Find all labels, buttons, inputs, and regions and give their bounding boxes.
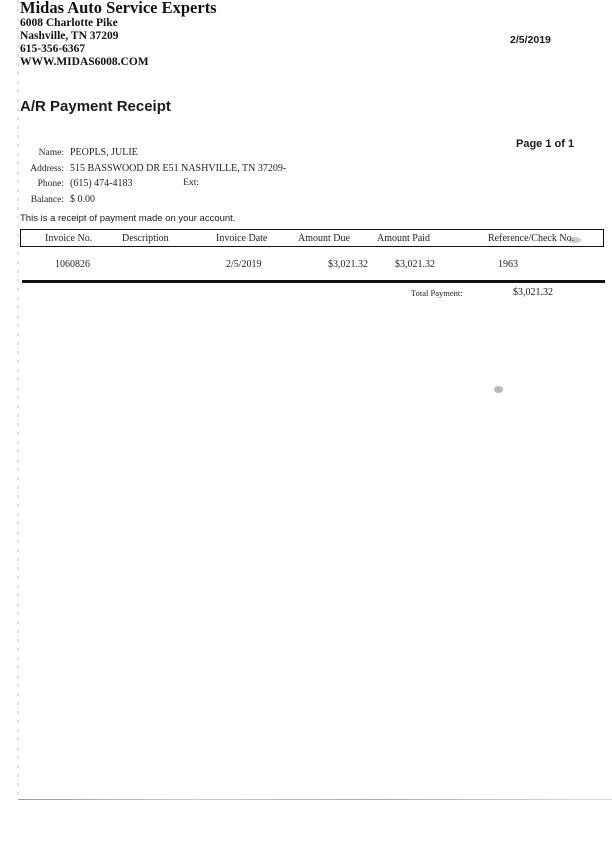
scan-bottom-line bbox=[18, 799, 612, 800]
phone-label: Phone: bbox=[16, 179, 64, 189]
address-label: Address: bbox=[16, 164, 64, 174]
customer-phone: (615) 474-4183 bbox=[70, 178, 133, 189]
ext-label: Ext: bbox=[165, 178, 199, 188]
column-header-description: Description bbox=[122, 233, 169, 244]
receipt-date: 2/5/2019 bbox=[510, 34, 551, 46]
page-title: A/R Payment Receipt bbox=[20, 98, 171, 115]
scan-smudge bbox=[494, 386, 503, 393]
column-header-reference: Reference/Check No. bbox=[488, 233, 574, 244]
company-street: 6008 Charlotte Pike bbox=[20, 17, 118, 29]
cell-amount-due: $3,021.32 bbox=[328, 259, 368, 270]
cell-invoice-no: 1060826 bbox=[55, 259, 90, 270]
customer-balance: $ 0.00 bbox=[70, 194, 95, 205]
customer-name: PEOPLS, JULIE bbox=[70, 147, 138, 158]
cell-amount-paid: $3,021.32 bbox=[395, 259, 435, 270]
balance-label: Balance: bbox=[16, 195, 64, 205]
total-payment-label: Total Payment: bbox=[411, 288, 463, 298]
name-label: Name: bbox=[16, 148, 64, 158]
scan-edge-artifact bbox=[17, 0, 19, 800]
company-name: Midas Auto Service Experts bbox=[20, 0, 217, 18]
cell-invoice-date: 2/5/2019 bbox=[226, 259, 262, 270]
cell-reference: 1963 bbox=[498, 259, 518, 270]
company-phone: 615-356-6367 bbox=[20, 43, 85, 55]
total-payment-value: $3,021.32 bbox=[513, 287, 553, 298]
table-bottom-rule bbox=[22, 280, 605, 283]
column-header-invoice-no: Invoice No. bbox=[45, 233, 92, 244]
customer-address: 515 BASSWOOD DR E51 NASHVILLE, TN 37209- bbox=[70, 163, 286, 174]
column-header-amount-due: Amount Due bbox=[298, 233, 350, 244]
company-website: WWW.MIDAS6008.COM bbox=[20, 56, 149, 68]
column-header-invoice-date: Invoice Date bbox=[216, 233, 267, 244]
page-number: Page 1 of 1 bbox=[516, 138, 574, 150]
column-header-amount-paid: Amount Paid bbox=[377, 233, 430, 244]
receipt-notice: This is a receipt of payment made on you… bbox=[20, 213, 235, 224]
company-city: Nashville, TN 37209 bbox=[20, 30, 119, 42]
